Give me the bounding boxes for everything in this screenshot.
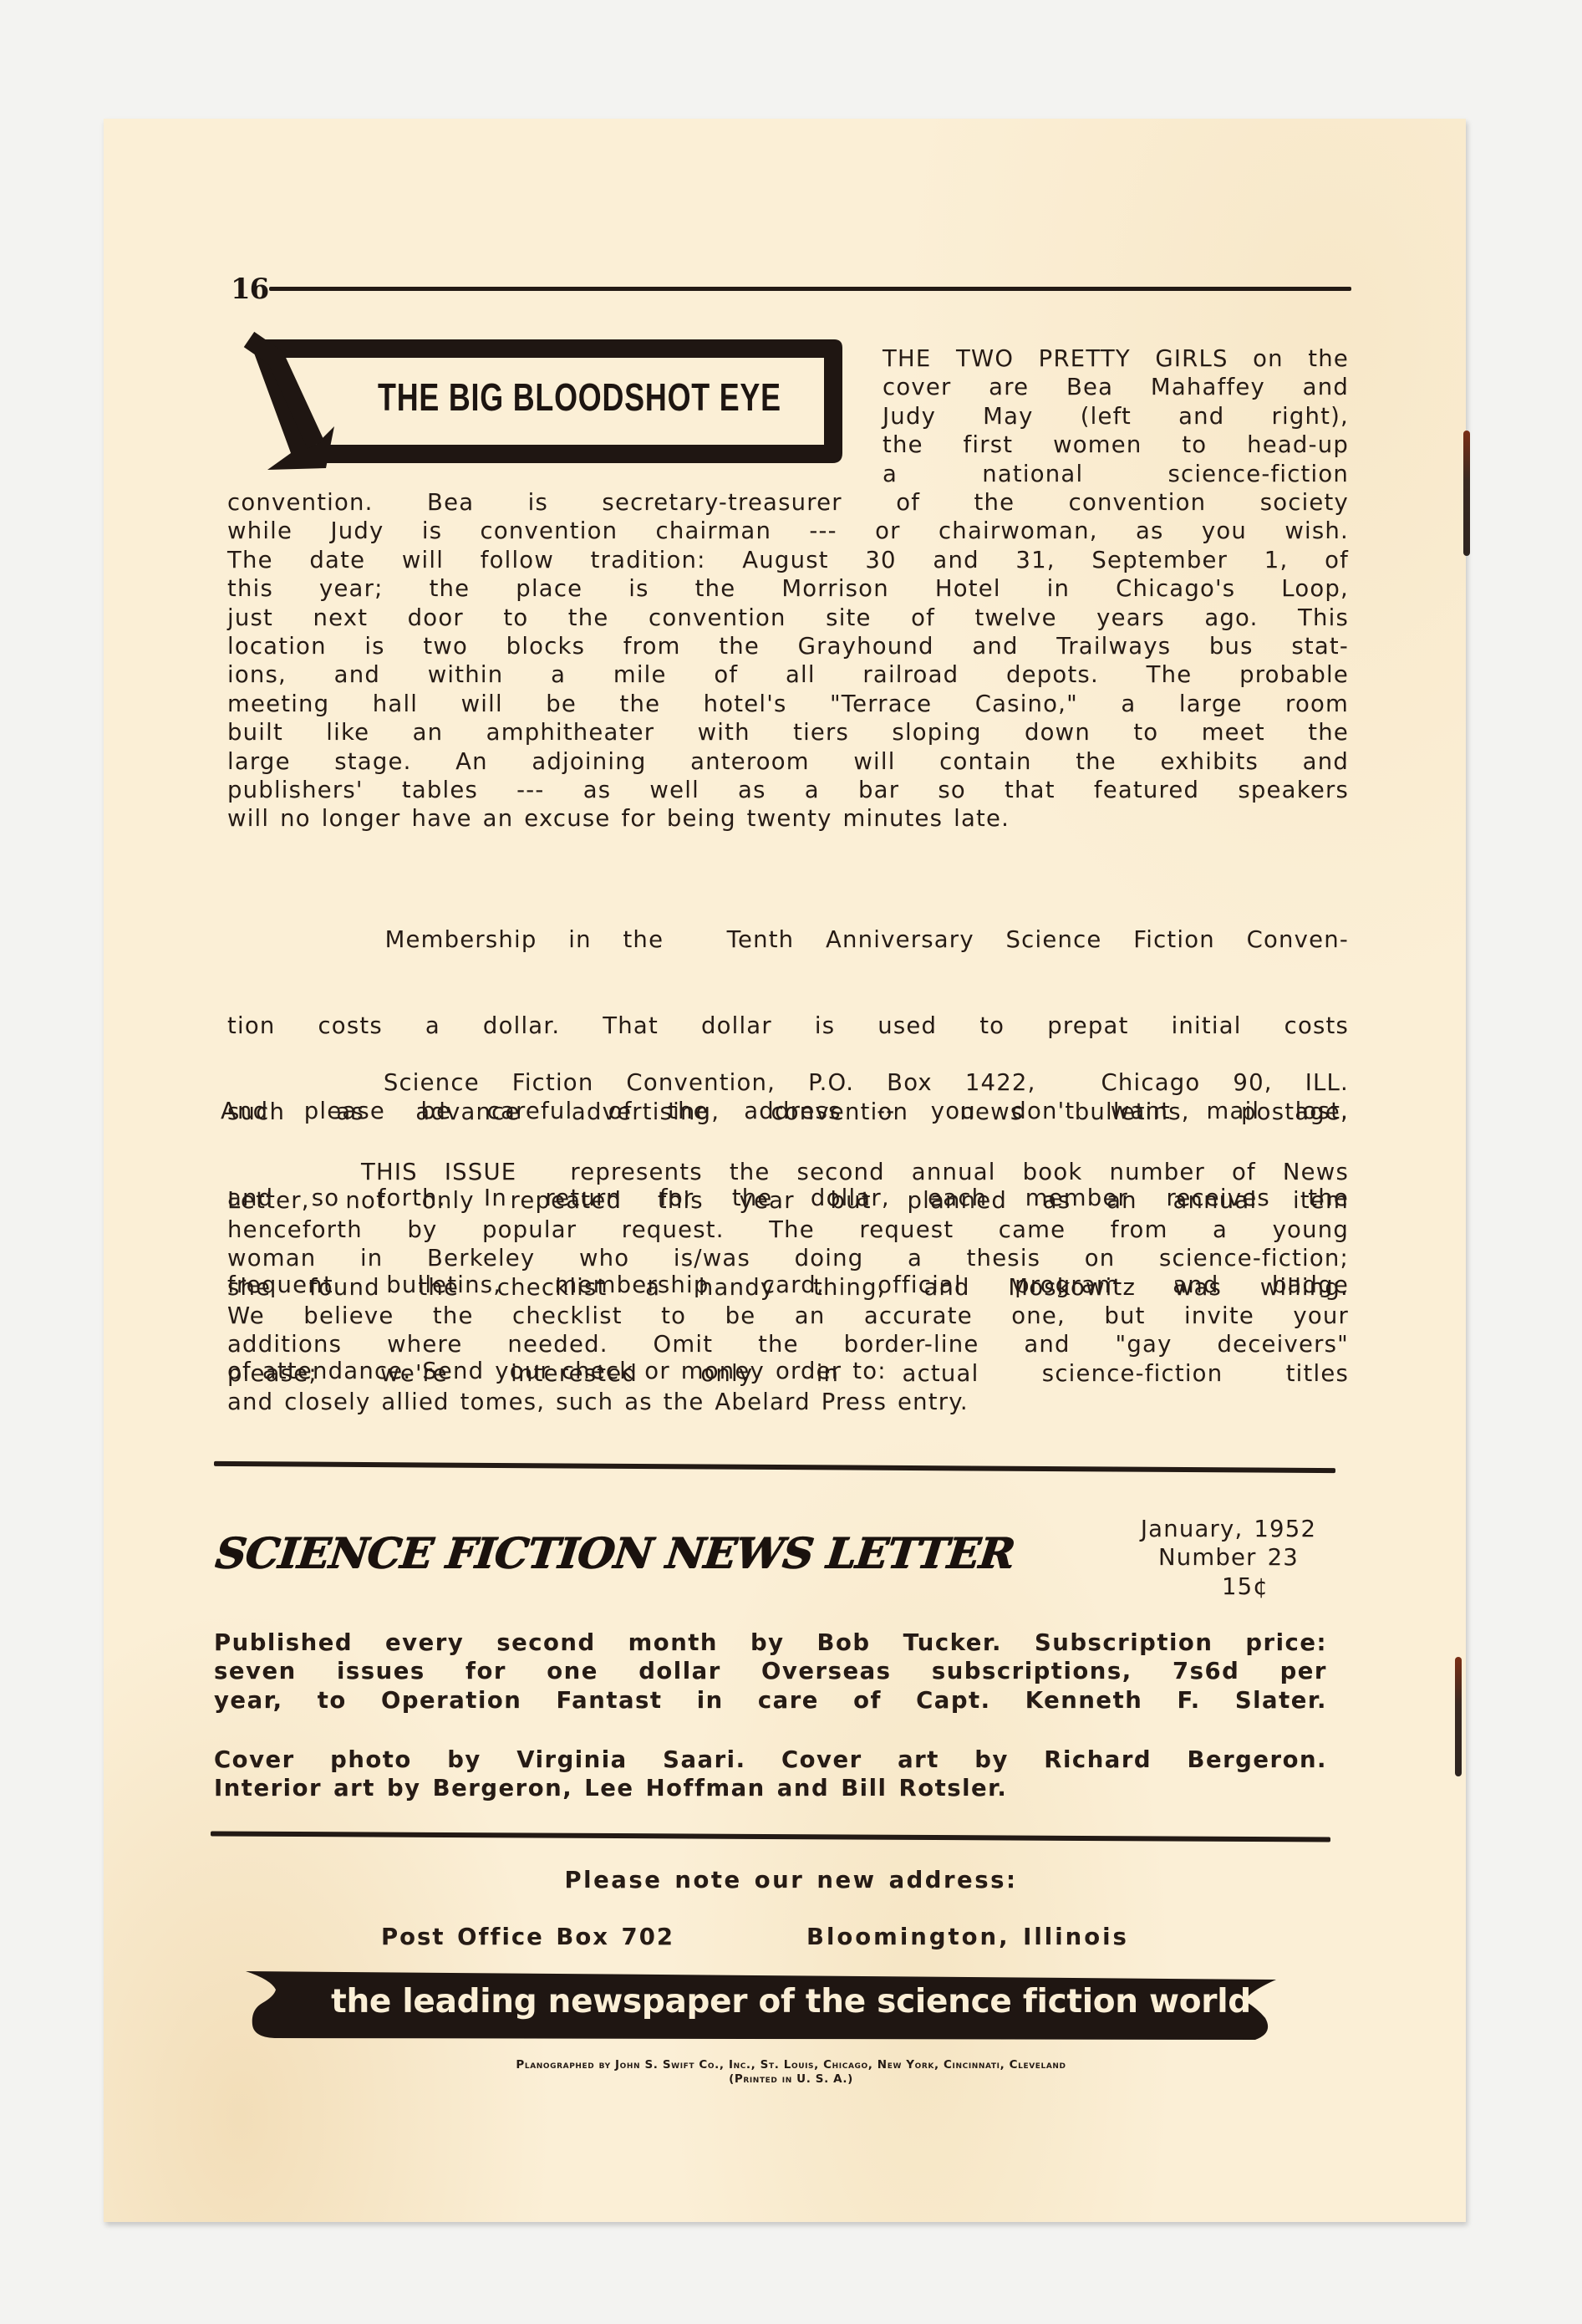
address-city: Bloomington, Illinois [806, 1923, 1129, 1951]
issue-info: January, 1952 Number 23 15¢ [1124, 1515, 1333, 1601]
page-number: 16 [231, 273, 268, 306]
text-line: a national science-fiction [883, 460, 1349, 488]
article-paragraph-1: convention. Bea is secretary-treasurer o… [227, 488, 1349, 833]
printer-line-1: Planographed by John S. Swift Co., Inc.,… [0, 2058, 1582, 2072]
text-line: publishers' tables --- as well as a bar … [227, 776, 1349, 804]
text-line: We believe the checklist to be an accura… [227, 1302, 1349, 1330]
address-box: Post Office Box 702 [381, 1923, 674, 1951]
text-line: Interior art by Bergeron, Lee Hoffman an… [214, 1774, 1327, 1802]
text-line: woman in Berkeley who is/was doing a the… [227, 1244, 1349, 1272]
publication-info: Published every second month by Bob Tuck… [214, 1628, 1327, 1715]
credits: Cover photo by Virginia Saari. Cover art… [214, 1746, 1327, 1803]
text-line: while Judy is convention chairman --- or… [227, 517, 1349, 545]
issue-number: Number 23 [1124, 1543, 1333, 1572]
printer-line-2: (Printed in U. S. A.) [0, 2072, 1582, 2087]
issue-price: 15¢ [1124, 1572, 1333, 1601]
article-paragraph-4: THIS ISSUE represents the second annual … [227, 1158, 1349, 1417]
text-line: Membership in the Tenth Anniversary Scie… [227, 925, 1349, 954]
text-line: year, to Operation Fantast in care of Ca… [214, 1686, 1327, 1715]
text-line: large stage. An adjoining anteroom will … [227, 747, 1349, 776]
text-line: tion costs a dollar. That dollar is used… [227, 1012, 1349, 1040]
printer-credit: Planographed by John S. Swift Co., Inc.,… [0, 2058, 1582, 2087]
text-line: meeting hall will be the hotel's "Terrac… [227, 690, 1349, 718]
text-line: ions, and within a mile of all railroad … [227, 660, 1349, 689]
text-line: the first women to head-up [883, 431, 1349, 459]
top-rule [269, 287, 1351, 291]
text-line: And please be careful of the address -- … [221, 1097, 1349, 1125]
text-line: cover are Bea Mahaffey and [883, 373, 1349, 401]
text-line: built like an amphitheater with tiers sl… [227, 718, 1349, 747]
text-line: will no longer have an excuse for being … [227, 804, 1349, 833]
text-line: Letter, not only repeated this year but … [227, 1186, 1349, 1215]
text-line: just next door to the convention site of… [227, 604, 1349, 632]
text-line: Judy May (left and right), [883, 402, 1349, 431]
staple-bottom [1455, 1657, 1462, 1776]
text-line: THIS ISSUE represents the second annual … [227, 1158, 1349, 1186]
text-line: this year; the place is the Morrison Hot… [227, 574, 1349, 603]
text-line: Science Fiction Convention, P.O. Box 142… [221, 1068, 1349, 1097]
text-line: and closely allied tomes, such as the Ab… [227, 1388, 1349, 1416]
text-line: please; we're interested only in actual … [227, 1359, 1349, 1388]
column-title: THE BIG BLOODSHOT EYE [378, 375, 781, 420]
issue-date: January, 1952 [1124, 1515, 1333, 1543]
staple-top [1463, 431, 1470, 556]
text-line: additions where needed. Omit the border-… [227, 1330, 1349, 1358]
text-line: THE TWO PRETTY GIRLS on the [883, 344, 1349, 373]
article-intro: THE TWO PRETTY GIRLS on the cover are Be… [883, 344, 1349, 488]
address-note: Please note our new address: [0, 1866, 1582, 1894]
text-line: seven issues for one dollar Overseas sub… [214, 1657, 1327, 1685]
text-line: convention. Bea is secretary-treasurer o… [227, 488, 1349, 517]
text-line: The date will follow tradition: August 3… [227, 546, 1349, 574]
banner-slogan: the leading newspaper of the science fic… [0, 1983, 1582, 2021]
text-line: location is two blocks from the Grayhoun… [227, 632, 1349, 660]
convention-address: Science Fiction Convention, P.O. Box 142… [221, 1068, 1349, 1126]
text-line: she found the checklist a handy thing, a… [227, 1273, 1349, 1302]
address-note-text: Please note our new address: [0, 1866, 1582, 1894]
text-line: Cover photo by Virginia Saari. Cover art… [214, 1746, 1327, 1774]
text-line: Published every second month by Bob Tuck… [214, 1628, 1327, 1657]
newsletter-masthead: SCIENCE FICTION NEWS LETTER [213, 1528, 1016, 1577]
text-line: henceforth by popular request. The reque… [227, 1216, 1349, 1244]
